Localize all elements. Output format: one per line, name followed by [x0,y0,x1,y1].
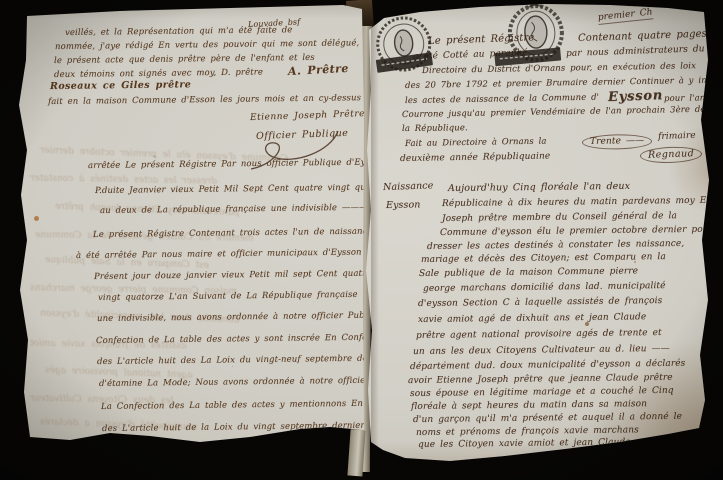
handwriting-line: frimaire [658,131,696,142]
signature-flourish [235,125,345,175]
gutter-fold-crease [371,20,379,460]
foxing-spots [585,322,589,326]
handwriting-line: que les Citoyen xavie amiot et jean Clau… [418,437,665,450]
under-page-edge-bottom [347,430,365,477]
oval-ink-stamp-icon [495,3,581,70]
inserted-place-name: Eysson [608,88,664,105]
margin-note: Naissance [383,180,434,193]
signature: Roseaux ce Giles prêtre [50,79,191,92]
round-ink-stamp-icon [371,12,437,83]
handwriting-line: la République. [402,123,468,134]
foxing-spots [34,216,39,221]
handwriting-line: pour l'an [664,93,705,104]
margin-note: Eysson [386,199,421,211]
manuscript-photo: Commune d'eysson élu le premier octobre … [0,0,723,480]
handwriting-line: Aujourd'huy Cinq floréale l'an deux [448,181,630,194]
